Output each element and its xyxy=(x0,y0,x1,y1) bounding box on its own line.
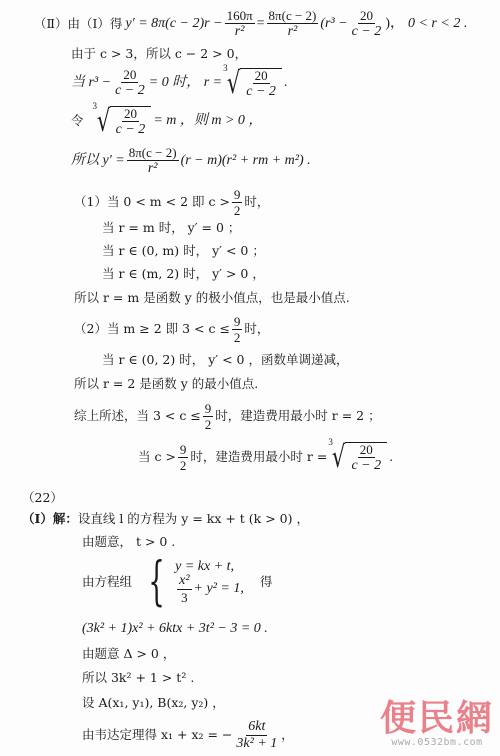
case1-item: 当 r ∈ (0, m) 时， y′ < 0 ； xyxy=(102,245,265,258)
system-suffix: 得 xyxy=(260,576,273,589)
fraction-8pi-c-2-over-r2: 8π(c − 2)r² xyxy=(127,146,179,176)
fraction-6kt-over-3k2-1: 6kt3k² + 1 xyxy=(234,720,279,751)
paren-open-expr: (r³ − xyxy=(320,17,347,31)
watermark-title: 便民網 xyxy=(380,701,494,737)
case2-heading: （2）当 m ≥ 2 即 3 < c ≤ 92 时， xyxy=(74,313,269,345)
question-number: （22） xyxy=(22,492,63,505)
expr-prefix: 当 r³ − xyxy=(71,76,111,90)
period: . xyxy=(284,76,288,90)
line-root-solution: 当 r³ − 20c − 2 = 0 时， r = 3√20c − 2 . xyxy=(71,66,287,100)
equation-system: y = kx + t, x²3 + y² = 1, xyxy=(175,560,244,604)
points-definition: 设 A(x₁, y₁), B(x₂, y₂) ， xyxy=(82,697,225,710)
case1-item: 当 r ∈ (m, 2) 时， y′ > 0 ， xyxy=(102,268,265,281)
case2-conclusion: 所以 r = 2 是函数 y 的最小值点. xyxy=(74,378,258,391)
fraction-20-over-c-2: 20c − 2 xyxy=(350,9,384,39)
fraction-20-over-c-2: 20c − 2 xyxy=(113,68,147,98)
paren-close: )， xyxy=(385,17,404,31)
summary-a-result: 时，建造费用最小时 r = 2 ； xyxy=(215,410,380,423)
cube-root: 3√20c − 2 xyxy=(329,442,387,473)
fraction-8pi-c-2-over-r2: 8π(c − 2)r² xyxy=(267,9,319,39)
case1-condition: （1）当 0 < m < 2 即 c > xyxy=(74,196,230,209)
case1-heading: （1）当 0 < m < 2 即 c > 92 时， xyxy=(74,186,269,218)
line-equation-setup: 设直线 l 的方程为 y = kx + t (k > 0) ， xyxy=(78,513,309,526)
summary-b-condition: 当 c > xyxy=(138,451,176,464)
case2-item: 当 r ∈ (0, 2) 时， y′ < 0 ，函数单调递减， xyxy=(102,354,348,367)
condition-t-positive: 由题意， t > 0 . xyxy=(82,536,175,549)
fraction-9-over-2: 92 xyxy=(232,188,243,217)
vieta-line: 由韦达定理得 x₁ + x₂ = − 6kt3k² + 1 ， xyxy=(82,720,294,750)
factored-expr: (r − m)(r² + rm + m²) . xyxy=(181,154,311,168)
cube-root: 3√20c − 2 xyxy=(94,106,152,137)
system-prefix: 由方程组 xyxy=(82,576,132,589)
summary-line-b: 当 c > 92 时，建造费用最小时 r = 3√20c − 2 . xyxy=(138,438,393,476)
m-definition: = m ，则 m > 0 ， xyxy=(153,114,262,128)
comma: ， xyxy=(281,729,294,742)
left-brace: { xyxy=(148,556,165,608)
part2-derivative-line: （Ⅱ）由（Ⅰ）得 y′ = 8π(c − 2)r − 160πr² = 8π(c… xyxy=(34,6,467,42)
system-eq1: y = kx + t, xyxy=(175,560,244,574)
part1-label: （Ⅰ）解： xyxy=(22,513,78,526)
domain-constraint: 0 < r < 2 . xyxy=(408,17,467,31)
let-label: 令 xyxy=(71,115,84,128)
discriminant-condition: 由题意 Δ > 0 ， xyxy=(82,648,175,661)
case1-item: 当 r = m 时， y′ = 0 ； xyxy=(102,222,240,235)
vieta-prefix: 由韦达定理得 x₁ + x₂ = − xyxy=(82,729,232,742)
line-factored-derivative: 所以 y′ = 8π(c − 2)r² (r − m)(r² + rm + m²… xyxy=(71,144,311,178)
quadratic-equation: (3k² + 1)x² + 6ktx + 3t² − 3 = 0 . xyxy=(82,622,268,636)
fraction-160pi-over-r2: 160πr² xyxy=(225,9,255,39)
case1-conclusion: 所以 r = m 是函数 y 的极小值点，也是最小值点. xyxy=(74,292,350,305)
watermark-logo: 便民網 www.0532bm.com xyxy=(380,701,494,748)
line-define-m: 令 3√20c − 2 = m ，则 m > 0 ， xyxy=(71,104,262,138)
case1-suffix: 时， xyxy=(244,196,269,209)
derivative-expr: y′ = 8π(c − 2)r − xyxy=(125,17,222,31)
q22-part1-line: （Ⅰ）解： 设直线 l 的方程为 y = kx + t (k > 0) ， xyxy=(22,513,309,526)
summary-b-mid: 时，建造费用最小时 r = xyxy=(190,451,327,464)
summary-line-a: 综上所述，当 3 < c ≤ 92 时，建造费用最小时 r = 2 ； xyxy=(74,400,381,432)
equals-sign: = xyxy=(257,17,265,31)
fraction-9-over-2: 92 xyxy=(178,443,189,472)
fraction-9-over-2: 92 xyxy=(203,402,214,431)
line-c-greater-3: 由于 c > 3，所以 c − 2 > 0， xyxy=(71,48,247,61)
fraction-9-over-2: 92 xyxy=(232,315,243,344)
case2-suffix: 时， xyxy=(244,323,269,336)
period: . xyxy=(389,451,393,464)
expr-prefix: 所以 y′ = xyxy=(71,154,125,168)
case2-condition: （2）当 m ≥ 2 即 3 < c ≤ xyxy=(74,323,230,336)
watermark-url: www.0532bm.com xyxy=(380,737,494,748)
cube-root: 3√20c − 2 xyxy=(224,68,282,99)
system-eq2: x²3 + y² = 1, xyxy=(175,574,244,604)
summary-a-condition: 综上所述，当 3 < c ≤ xyxy=(74,410,201,423)
expr-mid: = 0 时， r = xyxy=(149,76,222,90)
part2-label: （Ⅱ）由（Ⅰ）得 xyxy=(34,18,122,31)
equation-system-line: 由方程组 { y = kx + t, x²3 + y² = 1, 得 xyxy=(82,558,272,606)
inequality-result: 所以 3k² + 1 > t² . xyxy=(82,672,194,685)
